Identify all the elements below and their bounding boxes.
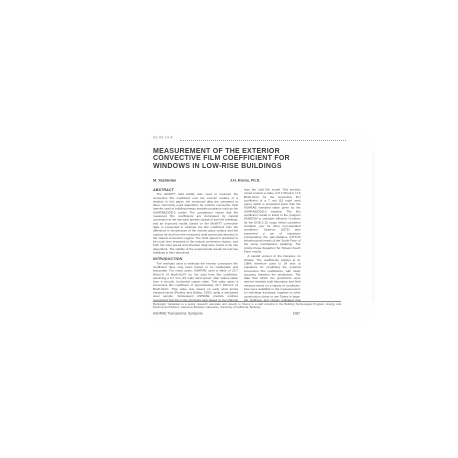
- introduction-paragraph: The methods used to estimate the exterio…: [153, 262, 238, 302]
- affiliation-footnote: Mehrangiz Yazdanian is a senior research…: [153, 303, 341, 309]
- left-column: ABSTRACT The MoWiTT field facility was u…: [153, 188, 238, 302]
- paper-first-page-scan: A2-90-14-A MEASUREMENT OF THE EXTERIOR C…: [150, 134, 372, 322]
- introduction-heading: INTRODUCTION: [153, 257, 238, 261]
- author-name-first: M. Yazdanian: [153, 178, 176, 183]
- author-name-second: J.H. Klems, Ph.D.: [230, 178, 260, 183]
- abstract-paragraph: The MoWiTT field facility was used to me…: [153, 193, 238, 255]
- paper-code: A2-90-14-A: [153, 136, 173, 140]
- paper-title: MEASUREMENT OF THE EXTERIOR CONVECTIVE F…: [153, 148, 303, 170]
- abstract-heading: ABSTRACT: [153, 188, 238, 192]
- header-dotted-rule: [180, 140, 346, 141]
- body-paragraph: A candid version of the literature on cl…: [244, 255, 301, 302]
- journal-footer-label: ASHRAE Transactions: Symposia: [153, 312, 202, 316]
- paper-title-line-2: CONVECTIVE FILM COEFFICIENT FOR: [153, 155, 303, 162]
- right-column: from the 'cold flat' model. This predict…: [244, 188, 301, 302]
- footnote-rule: [153, 301, 341, 302]
- page-number: 1087: [260, 312, 300, 316]
- paper-title-line-1: MEASUREMENT OF THE EXTERIOR: [153, 148, 303, 155]
- paper-title-line-3: WINDOWS IN LOW-RISE BUILDINGS: [153, 163, 303, 170]
- body-paragraph: from the 'cold flat' model. This predict…: [244, 188, 301, 254]
- scan-edge-shadow: [372, 152, 376, 302]
- product-image-canvas: A2-90-14-A MEASUREMENT OF THE EXTERIOR C…: [0, 0, 458, 458]
- two-column-body: ABSTRACT The MoWiTT field facility was u…: [153, 188, 369, 302]
